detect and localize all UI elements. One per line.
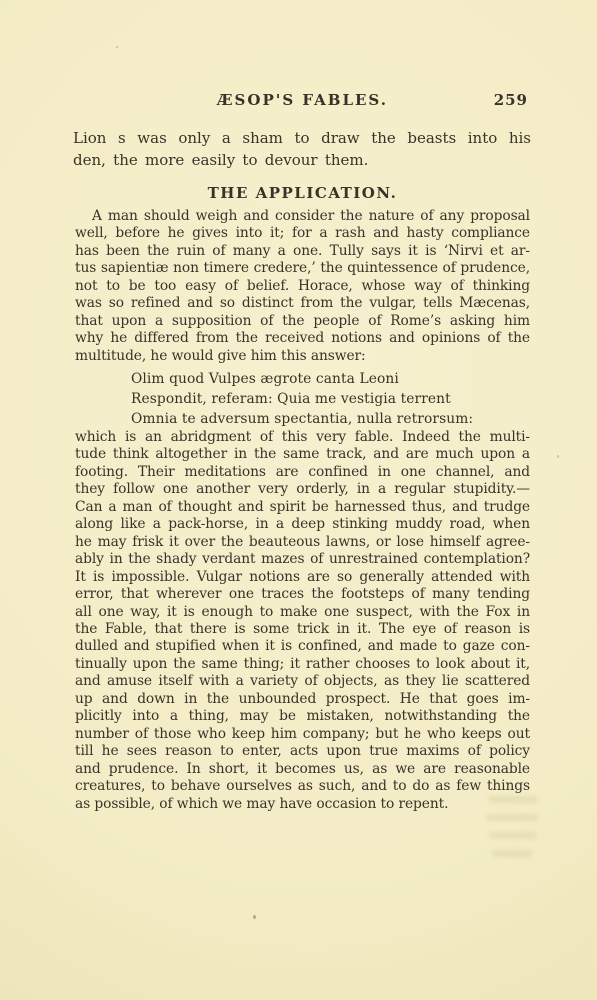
text-line: was so refined and so distinct from the …	[75, 295, 530, 312]
text-line: plicitly into a thing, may be mistaken, …	[75, 708, 530, 725]
paper-speck	[116, 46, 118, 48]
text-line: Omnia te adversum spectantia, nulla retr…	[131, 410, 473, 430]
text-line: has been the ruin of many a one. Tully s…	[75, 243, 530, 260]
text-line: why he differed from the received notion…	[75, 330, 530, 347]
bleed-through-mark	[489, 832, 537, 839]
paper-speck	[253, 915, 256, 919]
text-line: not to be too easy of belief. Horace, wh…	[75, 278, 530, 295]
text-line: number of those who keep him company; bu…	[75, 726, 530, 743]
running-title: ÆSOP'S FABLES.	[217, 91, 388, 109]
text-line: error, that wherever one traces the foot…	[75, 586, 530, 603]
bleed-through-mark	[486, 814, 539, 821]
text-line: they follow one another very orderly, in…	[75, 481, 530, 498]
text-line: tinually upon the same thing; it rather …	[75, 656, 530, 673]
text-line: multitude, he would give him this answer…	[75, 348, 530, 365]
text-line: Lion s was only a sham to draw the beast…	[73, 127, 531, 149]
text-line: footing. Their meditations are confined …	[75, 464, 530, 481]
page-number: 259	[494, 91, 528, 109]
text-line: tus sapientiæ non timere credere,’ the q…	[75, 260, 530, 277]
paper-speck	[557, 455, 559, 458]
bleed-through-mark	[492, 850, 532, 857]
application-paragraph-2: which is an abridgment of this very fabl…	[75, 429, 530, 813]
bleed-through-mark	[488, 796, 538, 803]
text-line: which is an abridgment of this very fabl…	[75, 429, 530, 446]
fable-closing-paragraph: Lion s was only a sham to draw the beast…	[73, 127, 531, 171]
text-line: along like a pack-horse, in a deep stink…	[75, 516, 530, 533]
text-line: as possible, of which we may have occasi…	[75, 796, 530, 813]
text-line: all one way, it is enough to make one su…	[75, 604, 530, 621]
text-line: he may frisk it over the beauteous lawns…	[75, 534, 530, 551]
text-line: and amuse itself with a variety of objec…	[75, 673, 530, 690]
text-line: well, before he gives into it; for a ras…	[75, 225, 530, 242]
text-line: creatures, to behave ourselves as such, …	[75, 778, 530, 795]
text-line: that upon a supposition of the people of…	[75, 313, 530, 330]
book-page-scan: ÆSOP'S FABLES. 259 Lion s was only a sha…	[0, 0, 597, 1000]
text-line: the Fable, that there is some trick in i…	[75, 621, 530, 638]
application-paragraph-1: A man should weigh and consider the natu…	[75, 208, 530, 365]
running-header: ÆSOP'S FABLES. 259	[75, 91, 530, 109]
text-line: It is impossible. Vulgar notions are so …	[75, 569, 530, 586]
text-line: A man should weigh and consider the natu…	[75, 208, 530, 225]
text-line: Olim quod Vulpes ægrote canta Leoni	[131, 370, 473, 390]
text-line: tude think altogether in the same track,…	[75, 446, 530, 463]
text-line: Respondit, referam: Quia me vestigia ter…	[131, 390, 473, 410]
text-line: dulled and stupified when it is confined…	[75, 638, 530, 655]
text-line: ably in the shady verdant mazes of unres…	[75, 551, 530, 568]
application-heading: THE APPLICATION.	[75, 184, 530, 202]
text-line: up and down in the unbounded prospect. H…	[75, 691, 530, 708]
text-line: till he sees reason to enter, acts upon …	[75, 743, 530, 760]
text-line: Can a man of thought and spirit be harne…	[75, 499, 530, 516]
text-line: den, the more easily to devour them.	[73, 149, 531, 171]
text-line: and prudence. In short, it becomes us, a…	[75, 761, 530, 778]
latin-verse: Olim quod Vulpes ægrote canta LeoniRespo…	[131, 370, 473, 429]
